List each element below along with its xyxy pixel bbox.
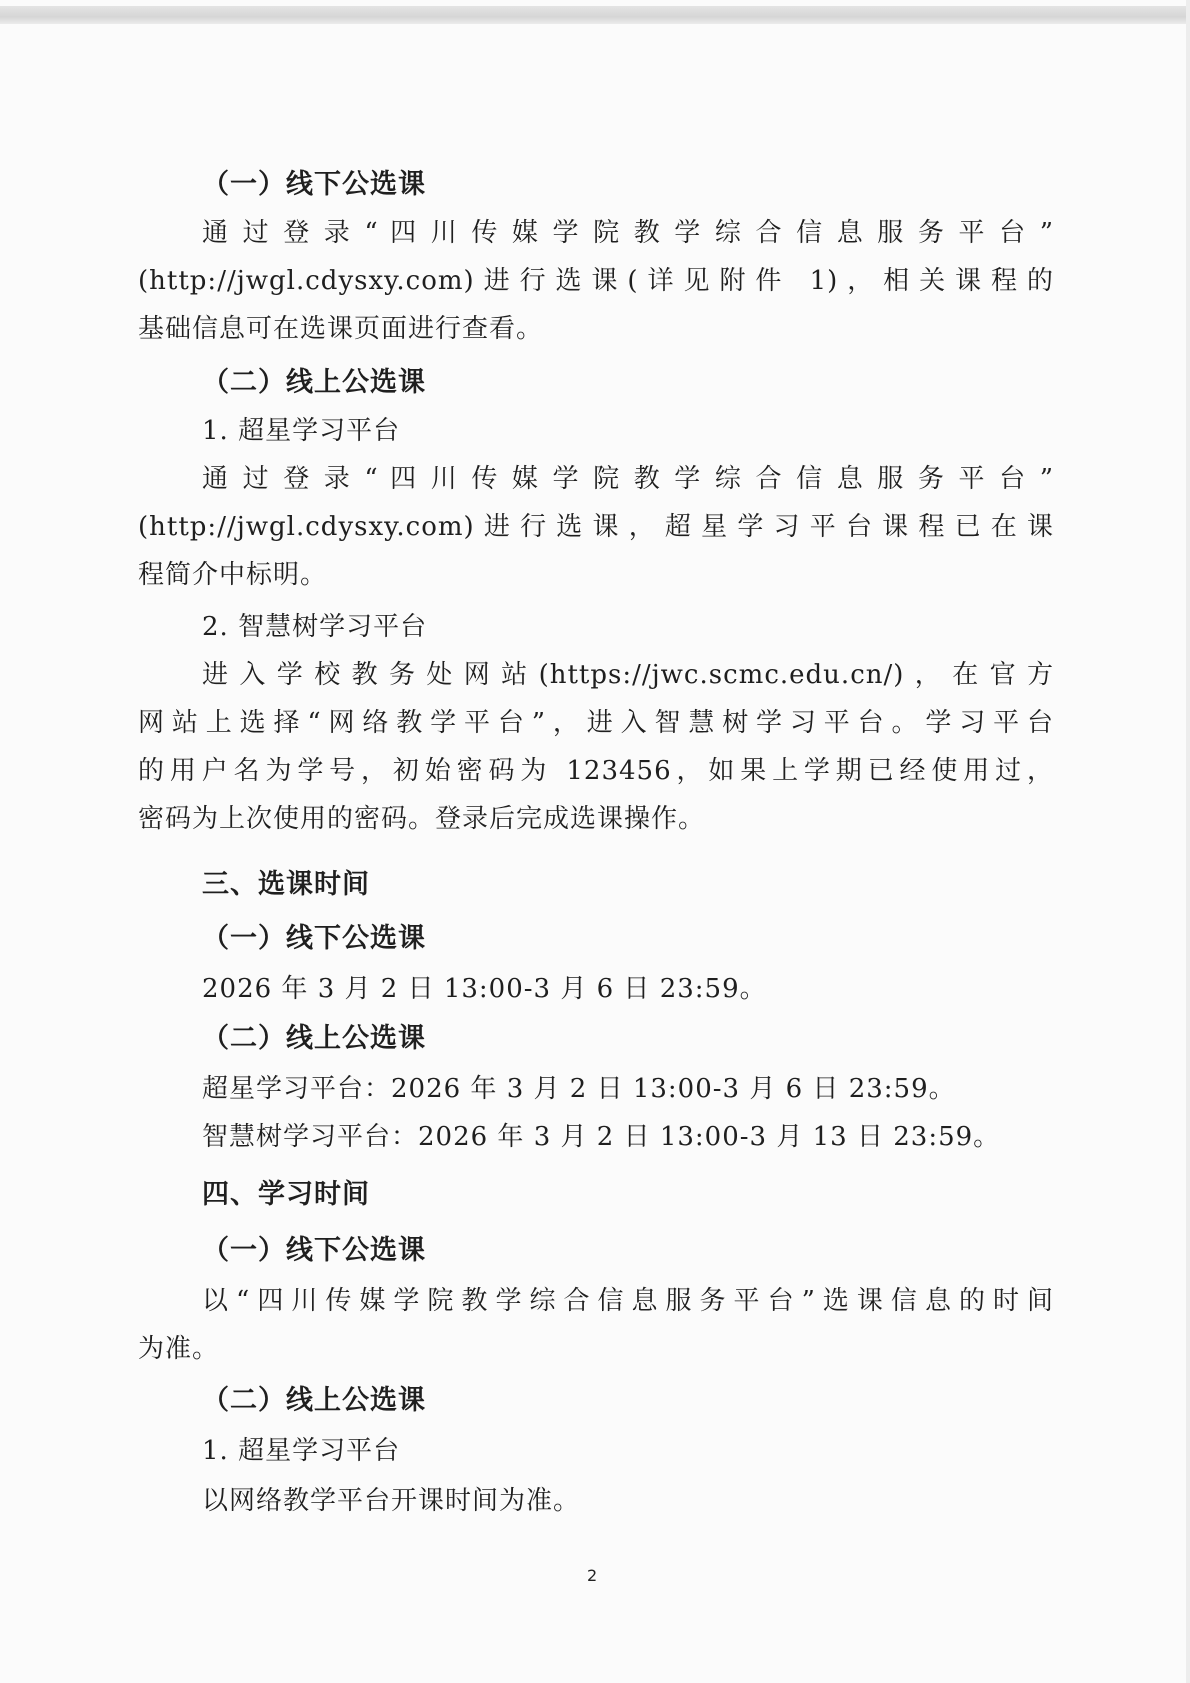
page-number: 2 bbox=[587, 1566, 597, 1585]
paragraph-line: 为准。 bbox=[138, 1334, 219, 1364]
list-item-zhihuishu: 2. 智慧树学习平台 bbox=[202, 612, 427, 642]
subheading-online-electives: （二）线上公选课 bbox=[202, 1024, 426, 1054]
section-heading-selection-time: 三、选课时间 bbox=[202, 870, 370, 900]
section-heading-study-time: 四、学习时间 bbox=[202, 1180, 370, 1210]
paragraph-line: 密码为上次使用的密码。登录后完成选课操作。 bbox=[138, 804, 705, 834]
paragraph-line: 2026 年 3 月 2 日 13:00-3 月 6 日 23:59。 bbox=[202, 974, 767, 1004]
paragraph-line: 程简介中标明。 bbox=[138, 560, 327, 590]
paragraph-line: (http://jwgl.cdysxy.com)进行选课(详见附件 1)，相关课… bbox=[138, 266, 1054, 296]
paragraph-line: 通 过 登 录 “ 四 川 传 媒 学 院 教 学 综 合 信 息 服 务 平 … bbox=[202, 218, 1054, 248]
paragraph-line: 通 过 登 录 “ 四 川 传 媒 学 院 教 学 综 合 信 息 服 务 平 … bbox=[202, 464, 1054, 494]
paragraph-line: (http://jwgl.cdysxy.com)进行选课，超星学习平台课程已在课 bbox=[138, 512, 1054, 542]
list-item-chaoxing: 1. 超星学习平台 bbox=[202, 416, 400, 446]
paragraph-line: 网站上选择“网络教学平台”，进入智慧树学习平台。学习平台 bbox=[138, 708, 1054, 738]
subheading-offline-electives: （一）线下公选课 bbox=[202, 170, 426, 200]
subheading-offline-electives: （一）线下公选课 bbox=[202, 1236, 426, 1266]
paragraph-line: 的用户名为学号，初始密码为 123456，如果上学期已经使用过， bbox=[138, 756, 1054, 786]
paragraph-line: 基础信息可在选课页面进行查看。 bbox=[138, 314, 543, 344]
subheading-online-electives: （二）线上公选课 bbox=[202, 1386, 426, 1416]
paragraph-line: 超星学习平台：2026 年 3 月 2 日 13:00-3 月 6 日 23:5… bbox=[202, 1074, 956, 1104]
subheading-offline-electives: （一）线下公选课 bbox=[202, 924, 426, 954]
paragraph-line: 以网络教学平台开课时间为准。 bbox=[202, 1486, 580, 1516]
paragraph-line: 进入学校教务处网站(https://jwc.scmc.edu.cn/)，在官方 bbox=[202, 660, 1054, 690]
paragraph-line: 智慧树学习平台：2026 年 3 月 2 日 13:00-3 月 13 日 23… bbox=[202, 1122, 1000, 1152]
list-item-chaoxing: 1. 超星学习平台 bbox=[202, 1436, 400, 1466]
document-page: （一）线下公选课 通 过 登 录 “ 四 川 传 媒 学 院 教 学 综 合 信… bbox=[0, 0, 1190, 1683]
subheading-online-electives: （二）线上公选课 bbox=[202, 368, 426, 398]
paragraph-line: 以“四川传媒学院教学综合信息服务平台”选课信息的时间 bbox=[202, 1286, 1054, 1316]
